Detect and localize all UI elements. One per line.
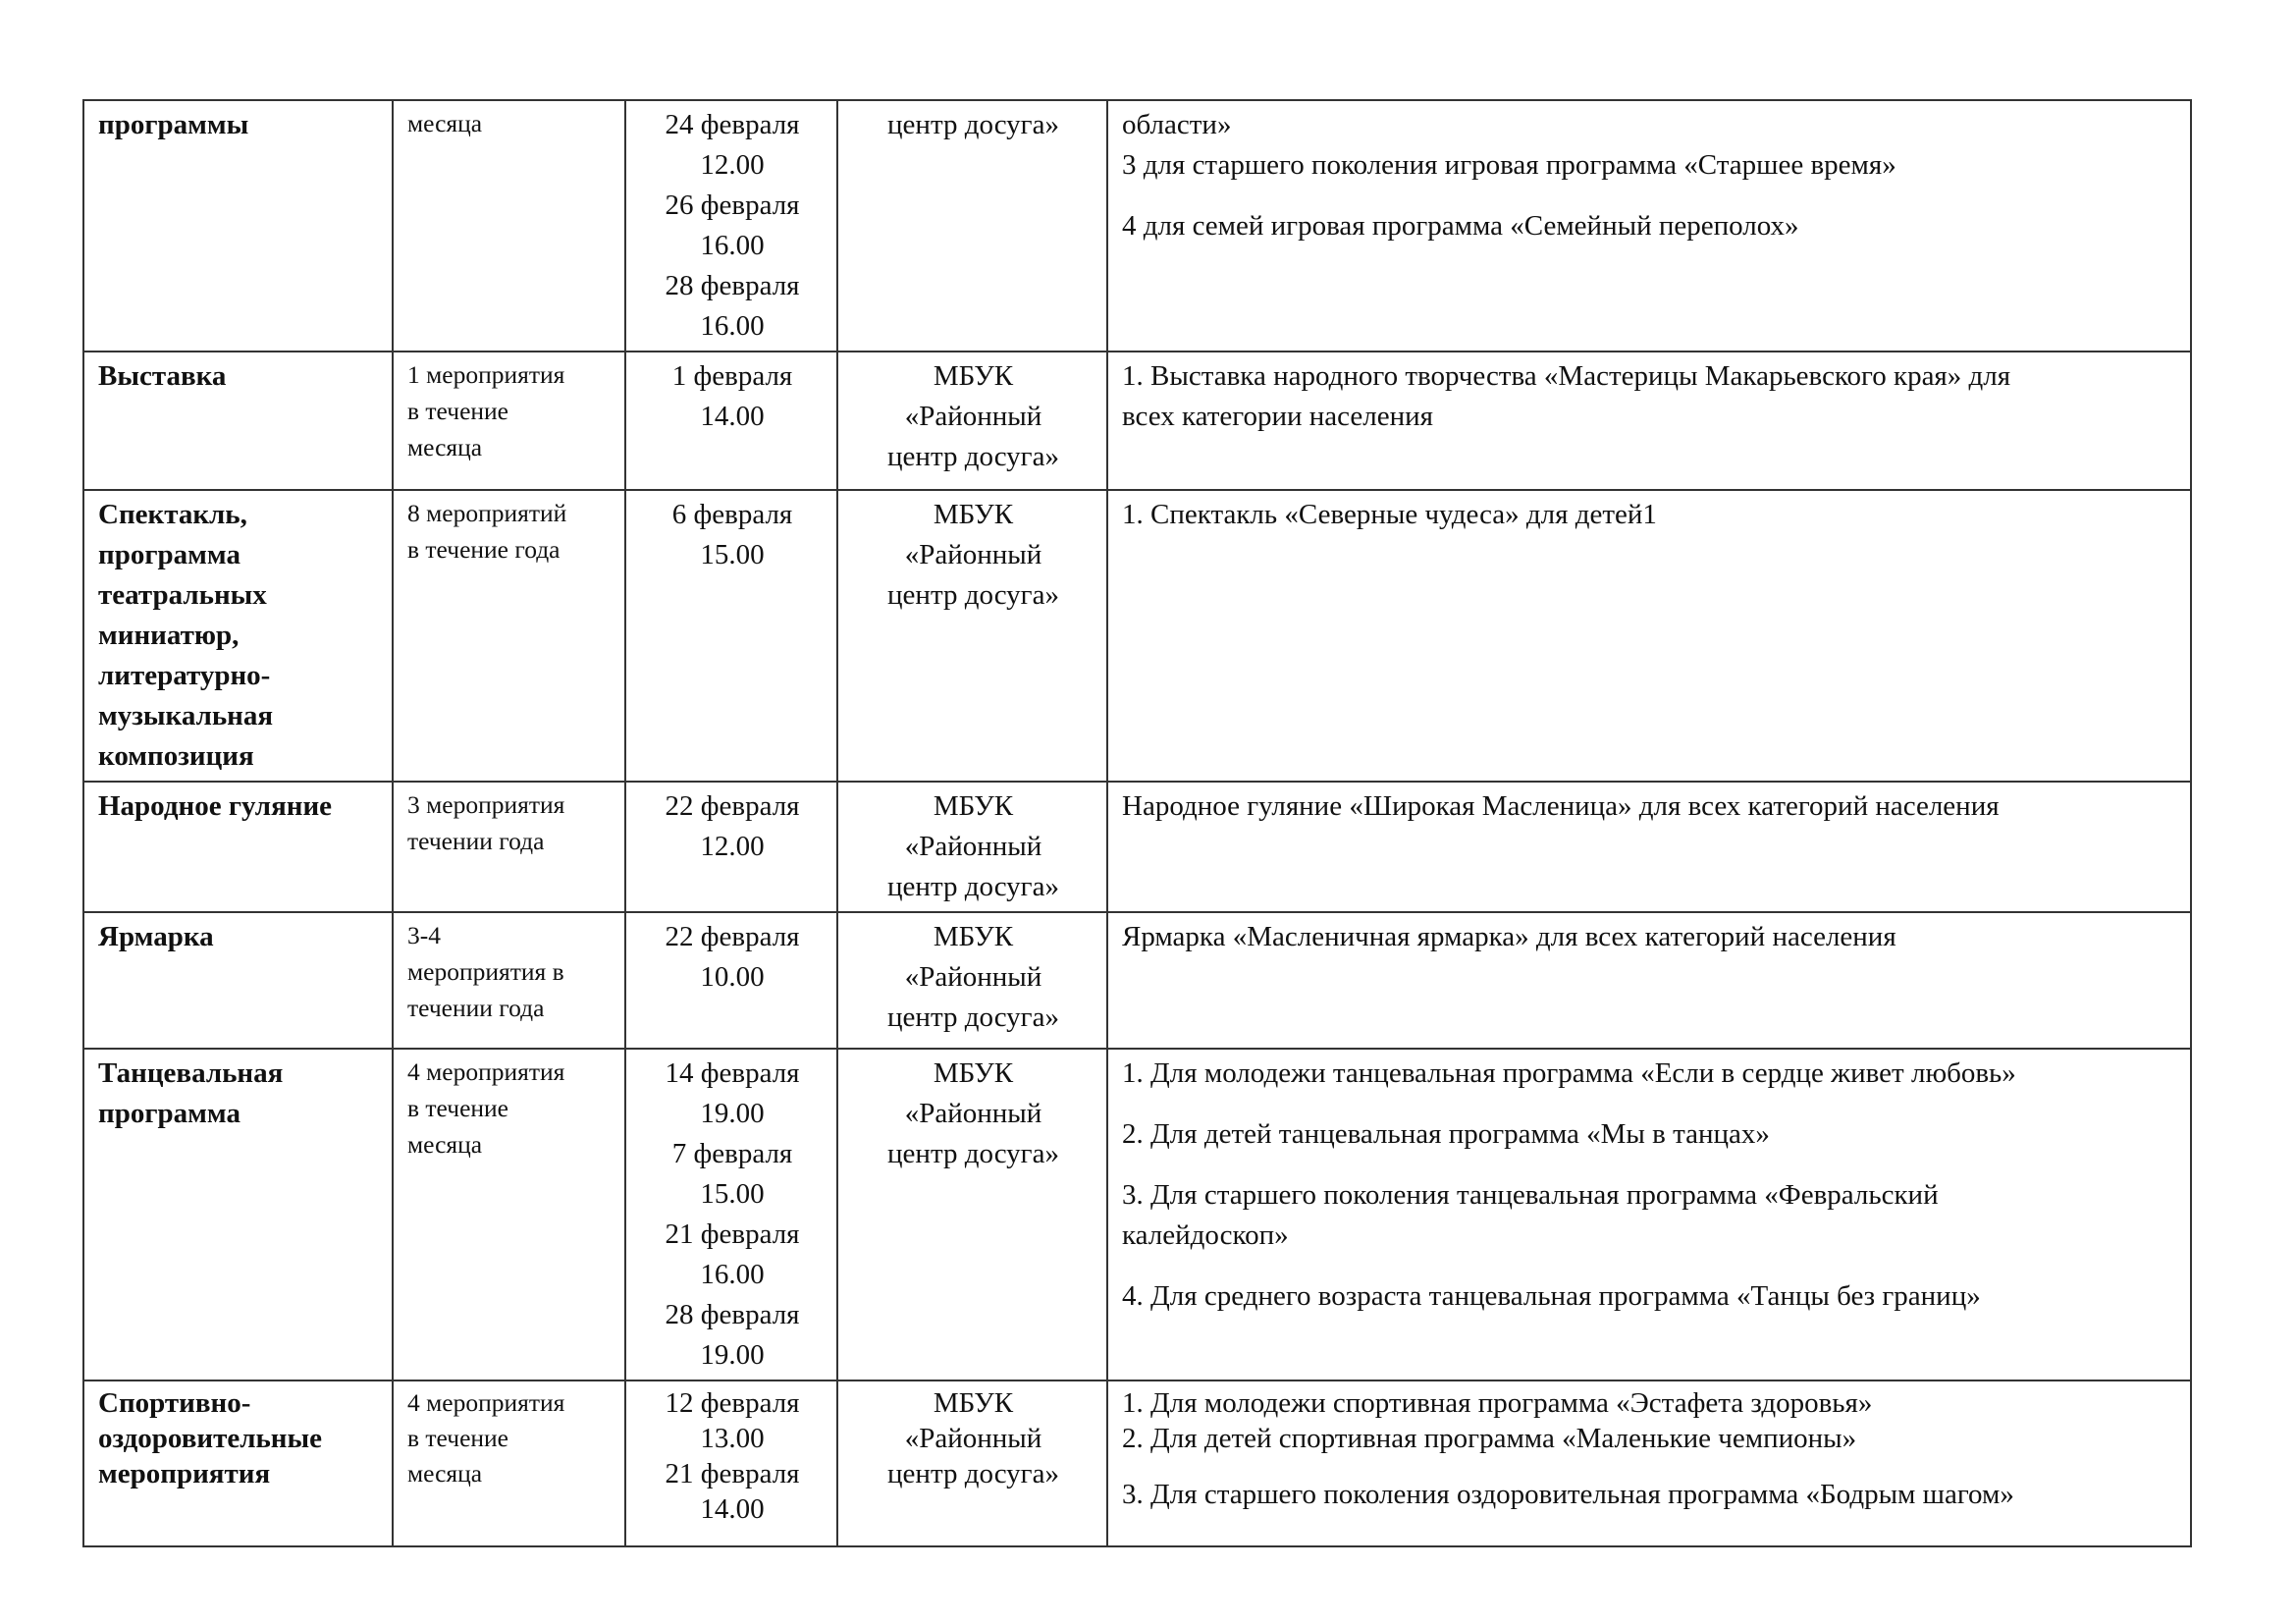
place-line: центр досуга» xyxy=(852,1134,1095,1174)
dates-line: 19.00 xyxy=(640,1335,825,1376)
paragraph-gap xyxy=(1122,186,2178,206)
paragraph-gap xyxy=(1122,1456,2178,1477)
event-type-cell: Ярмарка xyxy=(83,912,393,1049)
description-cell: Народное гуляние «Широкая Масленица» для… xyxy=(1107,782,2191,912)
place-line: «Районный xyxy=(852,397,1095,437)
frequency-line: 4 мероприятия xyxy=(407,1054,613,1090)
dates-line: 12.00 xyxy=(640,145,825,186)
event-type-line: Танцевальная xyxy=(98,1054,380,1094)
description-line: Ярмарка «Масленичная ярмарка» для всех к… xyxy=(1122,917,2178,957)
dates-line: 7 февраля xyxy=(640,1134,825,1174)
description-line: 3. Для старшего поколения оздоровительна… xyxy=(1122,1477,2178,1512)
place-line: «Районный xyxy=(852,1094,1095,1134)
paragraph-gap xyxy=(1122,1256,2178,1276)
dates-line: 22 февраля xyxy=(640,917,825,957)
table-row: Ярмарка3-4мероприятия втечении года22 фе… xyxy=(83,912,2191,1049)
event-type-line: программа xyxy=(98,535,380,575)
place-line: центр досуга» xyxy=(852,575,1095,616)
dates-line: 13.00 xyxy=(640,1421,825,1456)
dates-line: 19.00 xyxy=(640,1094,825,1134)
dates-line: 21 февраля xyxy=(640,1456,825,1491)
dates-line: 14.00 xyxy=(640,1491,825,1527)
table-row: Выставка1 мероприятияв течениемесяца1 фе… xyxy=(83,352,2191,490)
frequency-line: месяца xyxy=(407,1126,613,1163)
dates-line: 10.00 xyxy=(640,957,825,998)
description-cell: Ярмарка «Масленичная ярмарка» для всех к… xyxy=(1107,912,2191,1049)
frequency-line: в течение xyxy=(407,1090,613,1126)
dates-line: 12.00 xyxy=(640,827,825,867)
dates-line: 22 февраля xyxy=(640,786,825,827)
frequency-line: течении года xyxy=(407,823,613,859)
description-line: 1. Выставка народного творчества «Мастер… xyxy=(1122,356,2178,397)
frequency-line: 8 мероприятий xyxy=(407,495,613,531)
description-line: 4. Для среднего возраста танцевальная пр… xyxy=(1122,1276,2178,1317)
place-line: центр досуга» xyxy=(852,998,1095,1038)
place-line: «Районный xyxy=(852,827,1095,867)
place-cell: МБУК«Районныйцентр досуга» xyxy=(837,912,1107,1049)
place-line: МБУК xyxy=(852,786,1095,827)
frequency-cell: 4 мероприятияв течениемесяца xyxy=(393,1380,625,1546)
description-cell: области»3 для старшего поколения игровая… xyxy=(1107,100,2191,352)
event-type-cell: Народное гуляние xyxy=(83,782,393,912)
place-line: центр досуга» xyxy=(852,437,1095,477)
event-type-cell: Танцевальнаяпрограмма xyxy=(83,1049,393,1380)
frequency-cell: 3-4мероприятия втечении года xyxy=(393,912,625,1049)
event-type-line: миниатюр, xyxy=(98,616,380,656)
frequency-line: 1 мероприятия xyxy=(407,356,613,393)
event-type-line: Ярмарка xyxy=(98,917,380,957)
dates-line: 26 февраля xyxy=(640,186,825,226)
description-line: 2. Для детей спортивная программа «Мален… xyxy=(1122,1421,2178,1456)
event-type-line: театральных xyxy=(98,575,380,616)
description-line: 1. Для молодежи спортивная программа «Эс… xyxy=(1122,1385,2178,1421)
event-type-cell: Выставка xyxy=(83,352,393,490)
dates-line: 28 февраля xyxy=(640,1295,825,1335)
description-line: Народное гуляние «Широкая Масленица» для… xyxy=(1122,786,2178,827)
frequency-line: месяца xyxy=(407,1456,613,1491)
dates-cell: 22 февраля12.00 xyxy=(625,782,837,912)
place-cell: центр досуга» xyxy=(837,100,1107,352)
dates-line: 16.00 xyxy=(640,306,825,347)
description-cell: 1. Выставка народного творчества «Мастер… xyxy=(1107,352,2191,490)
description-cell: 1. Для молодежи танцевальная программа «… xyxy=(1107,1049,2191,1380)
frequency-cell: 8 мероприятийв течение года xyxy=(393,490,625,782)
dates-cell: 22 февраля10.00 xyxy=(625,912,837,1049)
event-type-line: композиция xyxy=(98,736,380,777)
frequency-line: в течение xyxy=(407,1421,613,1456)
frequency-line: в течение года xyxy=(407,531,613,568)
table-row: Народное гуляние3 мероприятиятечении год… xyxy=(83,782,2191,912)
place-line: центр досуга» xyxy=(852,105,1095,145)
description-line: 3. Для старшего поколения танцевальная п… xyxy=(1122,1175,2178,1216)
dates-line: 14 февраля xyxy=(640,1054,825,1094)
place-line: МБУК xyxy=(852,1385,1095,1421)
event-type-line: мероприятия xyxy=(98,1456,380,1491)
event-type-line: Выставка xyxy=(98,356,380,397)
dates-cell: 1 февраля14.00 xyxy=(625,352,837,490)
events-table: программымесяца24 февраля12.0026 февраля… xyxy=(82,99,2192,1547)
event-type-line: оздоровительные xyxy=(98,1421,380,1456)
place-line: центр досуга» xyxy=(852,867,1095,907)
frequency-line: мероприятия в xyxy=(407,953,613,990)
event-type-line: Спектакль, xyxy=(98,495,380,535)
dates-cell: 14 февраля19.007 февраля15.0021 февраля1… xyxy=(625,1049,837,1380)
frequency-cell: месяца xyxy=(393,100,625,352)
place-line: «Районный xyxy=(852,535,1095,575)
place-cell: МБУК«Районныйцентр досуга» xyxy=(837,352,1107,490)
table-row: программымесяца24 февраля12.0026 февраля… xyxy=(83,100,2191,352)
event-type-line: Народное гуляние xyxy=(98,786,380,827)
event-type-cell: Спортивно-оздоровительныемероприятия xyxy=(83,1380,393,1546)
dates-cell: 6 февраля15.00 xyxy=(625,490,837,782)
dates-line: 15.00 xyxy=(640,1174,825,1215)
place-cell: МБУК«Районныйцентр досуга» xyxy=(837,490,1107,782)
description-line: всех категории населения xyxy=(1122,397,2178,437)
dates-line: 28 февраля xyxy=(640,266,825,306)
description-line: 1. Для молодежи танцевальная программа «… xyxy=(1122,1054,2178,1094)
dates-line: 6 февраля xyxy=(640,495,825,535)
dates-line: 1 февраля xyxy=(640,356,825,397)
event-type-line: литературно- xyxy=(98,656,380,696)
frequency-line: 3-4 xyxy=(407,917,613,953)
frequency-line: месяца xyxy=(407,429,613,465)
frequency-line: 3 мероприятия xyxy=(407,786,613,823)
frequency-cell: 3 мероприятиятечении года xyxy=(393,782,625,912)
dates-line: 14.00 xyxy=(640,397,825,437)
table-row: Танцевальнаяпрограмма4 мероприятияв тече… xyxy=(83,1049,2191,1380)
event-type-line: музыкальная xyxy=(98,696,380,736)
event-type-line: программы xyxy=(98,105,380,145)
table-row: Спортивно-оздоровительныемероприятия4 ме… xyxy=(83,1380,2191,1546)
description-line: калейдоскоп» xyxy=(1122,1216,2178,1256)
place-line: МБУК xyxy=(852,495,1095,535)
place-cell: МБУК«Районныйцентр досуга» xyxy=(837,1380,1107,1546)
event-type-line: Спортивно- xyxy=(98,1385,380,1421)
place-line: «Районный xyxy=(852,957,1095,998)
dates-cell: 12 февраля13.0021 февраля14.00 xyxy=(625,1380,837,1546)
dates-cell: 24 февраля12.0026 февраля16.0028 февраля… xyxy=(625,100,837,352)
dates-line: 15.00 xyxy=(640,535,825,575)
event-type-line: программа xyxy=(98,1094,380,1134)
frequency-cell: 1 мероприятияв течениемесяца xyxy=(393,352,625,490)
description-line: 4 для семей игровая программа «Семейный … xyxy=(1122,206,2178,246)
place-line: МБУК xyxy=(852,917,1095,957)
table-row: Спектакль,программатеатральныхминиатюр,л… xyxy=(83,490,2191,782)
place-line: МБУК xyxy=(852,1054,1095,1094)
dates-line: 24 февраля xyxy=(640,105,825,145)
frequency-cell: 4 мероприятияв течениемесяца xyxy=(393,1049,625,1380)
place-cell: МБУК«Районныйцентр досуга» xyxy=(837,782,1107,912)
paragraph-gap xyxy=(1122,1094,2178,1114)
dates-line: 12 февраля xyxy=(640,1385,825,1421)
dates-line: 21 февраля xyxy=(640,1215,825,1255)
place-line: МБУК xyxy=(852,356,1095,397)
dates-line: 16.00 xyxy=(640,226,825,266)
dates-line: 16.00 xyxy=(640,1255,825,1295)
event-type-cell: программы xyxy=(83,100,393,352)
place-line: центр досуга» xyxy=(852,1456,1095,1491)
description-line: области» xyxy=(1122,105,2178,145)
frequency-line: месяца xyxy=(407,105,613,141)
description-cell: 1. Для молодежи спортивная программа «Эс… xyxy=(1107,1380,2191,1546)
event-type-cell: Спектакль,программатеатральныхминиатюр,л… xyxy=(83,490,393,782)
events-table-body: программымесяца24 февраля12.0026 февраля… xyxy=(83,100,2191,1546)
paragraph-gap xyxy=(1122,1155,2178,1175)
description-cell: 1. Спектакль «Северные чудеса» для детей… xyxy=(1107,490,2191,782)
place-line: «Районный xyxy=(852,1421,1095,1456)
frequency-line: в течение xyxy=(407,393,613,429)
description-line: 2. Для детей танцевальная программа «Мы … xyxy=(1122,1114,2178,1155)
description-line: 1. Спектакль «Северные чудеса» для детей… xyxy=(1122,495,2178,535)
frequency-line: 4 мероприятия xyxy=(407,1385,613,1421)
description-line: 3 для старшего поколения игровая програм… xyxy=(1122,145,2178,186)
place-cell: МБУК«Районныйцентр досуга» xyxy=(837,1049,1107,1380)
frequency-line: течении года xyxy=(407,990,613,1026)
